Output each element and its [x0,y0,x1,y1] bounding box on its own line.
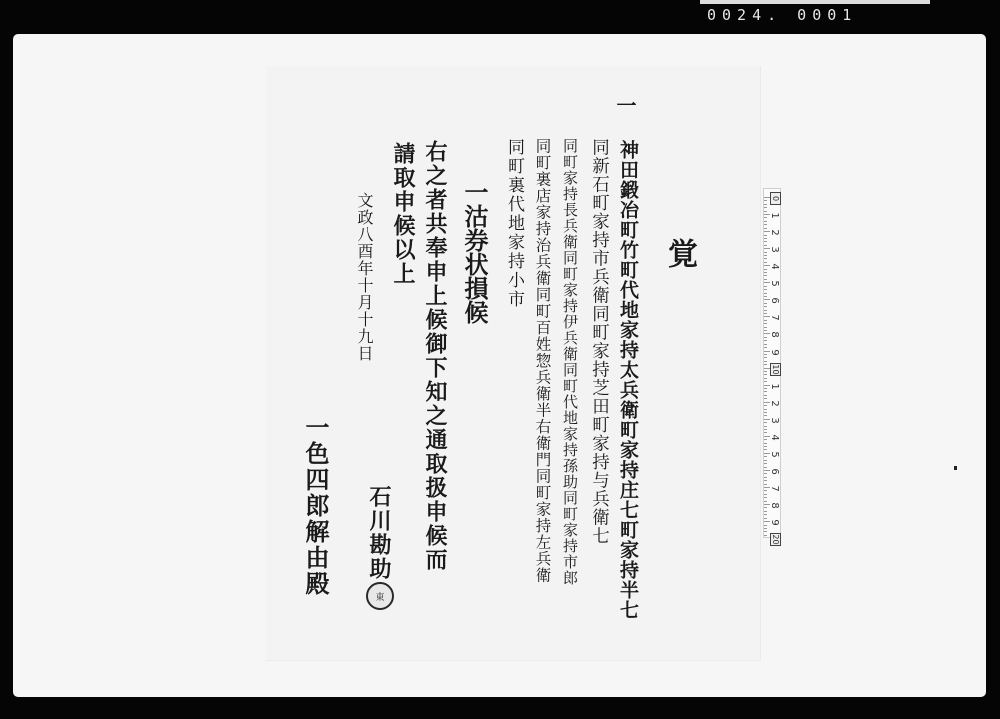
ruler-tick [764,303,767,304]
ruler-label: 8 [769,329,780,340]
ruler-tick [764,313,767,314]
ruler-tick [764,269,767,270]
text-column-1: 神田鍛冶町竹町代地家持太兵衛町家持庄七町家持半七 [618,140,637,620]
ruler-tick [764,282,770,283]
ruler-label: 5 [769,278,780,289]
ruler-tick [764,265,770,266]
ruler-tick [764,432,767,433]
ruler-tick [764,446,767,447]
dust-speck [954,466,957,470]
ruler-label: 7 [769,483,780,494]
ruler-tick [764,378,767,379]
ruler-tick [764,245,767,246]
date-column: 文政八酉年十月十九日 [356,192,372,362]
document-title: 覚 [664,238,694,268]
ruler-tick [764,255,767,256]
ruler-label: 8 [769,500,780,511]
ruler-tick [764,286,767,287]
ruler-tick [764,514,767,515]
ruler-tick [764,535,767,536]
ruler-label: 1 [769,381,780,392]
measurement-ruler: 01234567891012345678920 [763,188,781,538]
ruler-tick [764,504,770,505]
ruler-tick [764,477,767,478]
ruler-tick [764,211,767,212]
ruler-label: 2 [769,398,780,409]
ruler-tick [764,371,767,372]
ruler-tick [764,388,767,389]
ruler-tick [764,296,767,297]
text-column-6: 一沽券状損候 [462,180,486,324]
ruler-tick [764,484,767,485]
text-column-3: 同町家持長兵衛同町家持伊兵衛同町代地家持孫助同町家持市郎 [562,138,577,586]
ruler-tick [764,320,767,321]
ruler-label: 1 [769,210,780,221]
ruler-tick [764,354,767,355]
text-column-4: 同町裏店家持治兵衛同町百姓惣兵衛半右衛門同町家持左兵衛 [534,138,550,584]
ruler-tick [764,289,767,290]
ruler-tick [764,449,767,450]
ruler-label: 9 [769,517,780,528]
text-column-2: 同新石町家持市兵衛同町家持芝田町家持与兵衛七 [590,138,608,545]
ruler-tick [764,327,767,328]
ruler-tick [764,368,770,369]
frame-counter: 0024. 0001 [707,6,857,24]
ruler-tick [764,494,767,495]
ruler-tick [764,224,767,225]
ruler-tick [764,412,767,413]
ruler-tick [764,228,767,229]
ruler-label: 3 [769,415,780,426]
ruler-tick [764,351,770,352]
ruler-label: 4 [769,261,780,272]
ruler-tick [764,381,767,382]
ruler-tick [764,337,767,338]
ruler-label: 4 [769,432,780,443]
ruler-tick [764,518,767,519]
seal-stamp: 東 [366,582,394,610]
ruler-tick [764,299,770,300]
ruler-tick [764,409,767,410]
ruler-tick [764,528,767,529]
film-edge [700,0,930,4]
ruler-tick [764,330,767,331]
ruler-tick [764,310,767,311]
ruler-tick [764,279,767,280]
ruler-tick [764,497,767,498]
ruler-label: 6 [769,295,780,306]
ruler-tick [764,385,770,386]
ruler-tick [764,443,767,444]
ruler-tick [764,347,767,348]
ruler-label: 7 [769,312,780,323]
ruler-tick [764,238,767,239]
ruler-tick [764,248,770,249]
ruler-tick [764,364,767,365]
ruler-tick [764,487,770,488]
ruler-tick [764,231,770,232]
ruler-tick [764,426,767,427]
ruler-tick [764,405,767,406]
ruler-tick [764,507,767,508]
seal-text: 東 [375,590,384,603]
ruler-tick [764,398,767,399]
ruler-tick [764,262,767,263]
ruler-label: 0 [770,192,781,205]
ruler-tick [764,361,767,362]
ruler-tick [764,340,767,341]
ruler-tick [764,357,767,358]
ruler-label: 5 [769,449,780,460]
ruler-tick [764,501,767,502]
ruler-tick [764,214,770,215]
ruler-tick [764,521,770,522]
ruler-tick [764,374,767,375]
text-column-8: 請取申候以上 [392,142,414,286]
ruler-label: 10 [770,363,781,376]
ruler-tick [764,221,767,222]
ruler-tick [764,344,767,345]
ruler-tick [764,525,767,526]
text-column-7: 右之者共奉申上候御下知之通取扱申候而 [424,140,446,572]
ruler-label: 2 [769,227,780,238]
ruler-tick [764,473,767,474]
ruler-tick [764,241,767,242]
ruler-tick [764,470,770,471]
ruler-tick [764,391,767,392]
ruler-tick [764,316,770,317]
ruler-tick [764,467,767,468]
ruler-tick [764,456,767,457]
ruler-tick [764,415,767,416]
ruler-tick [764,333,770,334]
ruler-label: 6 [769,466,780,477]
signer-name: 石川勘助 [368,485,390,581]
ruler-label: 20 [770,533,781,546]
ruler-tick [764,207,767,208]
ruler-tick [764,419,770,420]
ruler-tick [764,402,770,403]
ruler-tick [764,235,767,236]
ruler-tick [764,323,767,324]
ruler-tick [764,293,767,294]
ruler-label: 9 [769,347,780,358]
heading-mark: 一 [615,95,635,115]
ruler-tick [764,436,770,437]
ruler-tick [764,252,767,253]
ruler-tick [764,200,767,201]
text-column-5: 同町裏代地家持小市 [505,138,522,309]
ruler-tick [764,429,767,430]
addressee-name: 一色四郎解由殿 [303,415,327,597]
ruler-tick [764,439,767,440]
ruler-tick [764,460,767,461]
ruler-tick [764,272,767,273]
ruler-tick [764,463,767,464]
ruler-label: 3 [769,244,780,255]
ruler-tick [764,490,767,491]
ruler-tick [764,511,767,512]
ruler-tick [764,306,767,307]
ruler-tick [764,204,767,205]
ruler-tick [764,531,767,532]
ruler-tick [764,453,770,454]
ruler-tick [764,422,767,423]
ruler-tick [764,197,770,198]
ruler-tick [764,480,767,481]
ruler-tick [764,275,767,276]
ruler-tick [764,258,767,259]
ruler-tick [764,217,767,218]
ruler-tick [764,395,767,396]
